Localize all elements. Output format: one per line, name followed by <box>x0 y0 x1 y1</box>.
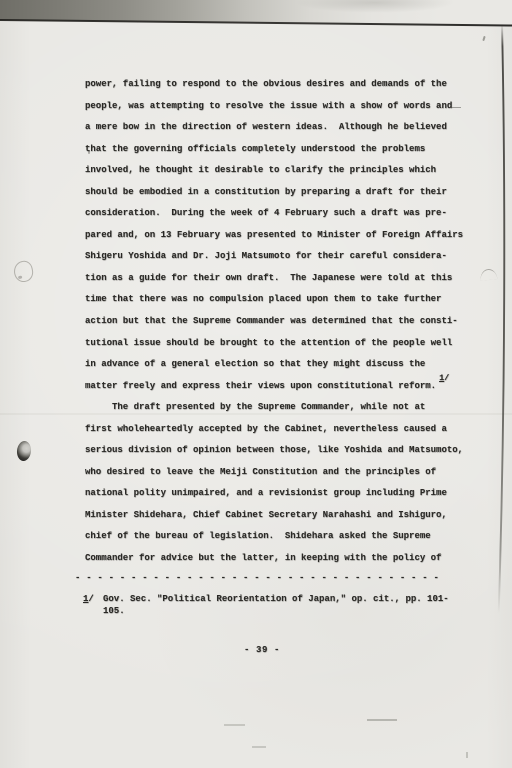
paragraph-1-last-line-text: matter freely and express their views up… <box>85 381 436 391</box>
scan-smudge <box>252 746 266 748</box>
footnote-marker: 1/ <box>83 594 94 606</box>
page-number: - 39 - <box>6 645 512 655</box>
scan-smudge <box>224 724 245 726</box>
scanned-document-page: power, failing to respond to the obvious… <box>0 0 512 768</box>
ink-blob-mark <box>16 440 32 461</box>
paragraph-1: power, failing to respond to the obvious… <box>85 74 487 376</box>
footnote: 1/ Gov. Sec. "Political Reorientation of… <box>83 594 449 617</box>
paragraph-1-last-line: matter freely and express their views up… <box>85 376 487 398</box>
scan-smear <box>295 0 455 13</box>
footnote-reference-slash: / <box>444 373 449 383</box>
paragraph-2: The draft presented by the Supreme Comma… <box>85 397 487 569</box>
footnote-separator: - - - - - - - - - - - - - - - - - - - - … <box>75 571 439 585</box>
pencil-circle-mark <box>12 259 35 283</box>
footnote-marker-slash: / <box>88 594 93 604</box>
document-body: power, failing to respond to the obvious… <box>85 74 487 570</box>
scan-speck <box>466 752 468 758</box>
footnote-text: Gov. Sec. "Political Reorientation of Ja… <box>103 594 449 617</box>
scan-speck <box>482 36 485 41</box>
footnote-reference: 1/ <box>439 368 449 390</box>
scan-smudge <box>367 719 397 721</box>
